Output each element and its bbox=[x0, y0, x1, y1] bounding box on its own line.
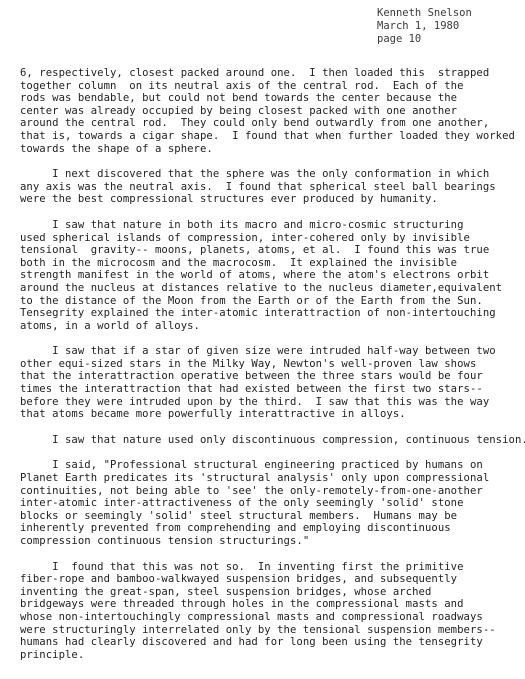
document-date: March 1, 1980 bbox=[377, 20, 472, 33]
text-line: rods was bendable, but could not bend to… bbox=[20, 92, 525, 105]
text-line: inherently prevented from comprehending … bbox=[20, 522, 525, 535]
text-line: to the distance of the Moon from the Ear… bbox=[20, 295, 525, 308]
text-line: 6, respectively, closest packed around o… bbox=[20, 67, 525, 80]
text-line: towards the shape of a sphere. bbox=[20, 143, 525, 156]
text-line: fiber-rope and bamboo-walkwayed suspensi… bbox=[20, 573, 525, 586]
text-line: compression continuous tension structuri… bbox=[20, 535, 525, 548]
text-line: that the interattraction operative betwe… bbox=[20, 370, 525, 383]
text-line: before they were intruded upon by the th… bbox=[20, 396, 525, 409]
text-line: that atoms became more powerfully intera… bbox=[20, 408, 525, 421]
text-line: Tensegrity explained the inter-atomic in… bbox=[20, 307, 525, 320]
paragraph: I next discovered that the sphere was th… bbox=[20, 168, 525, 206]
text-line: other equi-sized stars in the Milky Way,… bbox=[20, 358, 525, 371]
text-line: blocks or seemingly 'solid' steel struct… bbox=[20, 510, 525, 523]
paragraph: I saw that nature used only discontinuou… bbox=[20, 434, 525, 447]
text-line: around the nucleus at distances relative… bbox=[20, 282, 525, 295]
paragraph: 6, respectively, closest packed around o… bbox=[20, 67, 525, 155]
text-line: used spherical islands of compression, i… bbox=[20, 232, 525, 245]
document-body: 6, respectively, closest packed around o… bbox=[20, 67, 525, 674]
text-line: whose non-intertouchingly compressional … bbox=[20, 611, 525, 624]
text-line: humans had clearly discovered and had fo… bbox=[20, 636, 525, 649]
text-line: that is, towards a cigar shape. I found … bbox=[20, 130, 525, 143]
text-line: around the central rod. They could only … bbox=[20, 117, 525, 130]
text-line: were the best compressional structures e… bbox=[20, 193, 525, 206]
text-line: inventing the great-span, steel suspensi… bbox=[20, 586, 525, 599]
text-line: continuities, not being able to 'see' th… bbox=[20, 485, 525, 498]
text-line: Planet Earth predicates its 'structural … bbox=[20, 472, 525, 485]
page-number: page 10 bbox=[377, 33, 472, 46]
page-header: Kenneth Snelson March 1, 1980 page 10 bbox=[377, 7, 472, 46]
text-line: bridgeways were threaded through holes i… bbox=[20, 598, 525, 611]
paragraph: I said, "Professional structural enginee… bbox=[20, 459, 525, 547]
text-line: I saw that if a star of given size were … bbox=[20, 345, 525, 358]
paragraph: I saw that nature in both its macro and … bbox=[20, 219, 525, 332]
text-line: I next discovered that the sphere was th… bbox=[20, 168, 525, 181]
text-line: both in the microcosm and the macrocosm.… bbox=[20, 257, 525, 270]
text-line: center was already occupied by being clo… bbox=[20, 105, 525, 118]
text-line: inter-atomic inter-attractiveness of the… bbox=[20, 497, 525, 510]
text-line: I found that this was not so. In inventi… bbox=[20, 561, 525, 574]
paragraph: I found that this was not so. In inventi… bbox=[20, 561, 525, 662]
text-line: I said, "Professional structural enginee… bbox=[20, 459, 525, 472]
text-line: together column on its neutral axis of t… bbox=[20, 80, 525, 93]
text-line: atoms, in a world of alloys. bbox=[20, 320, 525, 333]
text-line: I saw that nature used only discontinuou… bbox=[20, 434, 525, 447]
author-name: Kenneth Snelson bbox=[377, 7, 472, 20]
text-line: times the interattraction that had exist… bbox=[20, 383, 525, 396]
text-line: any axis was the neutral axis. I found t… bbox=[20, 181, 525, 194]
text-line: principle. bbox=[20, 649, 525, 662]
text-line: were structuringly interrelated only by … bbox=[20, 624, 525, 637]
text-line: strength manifest in the world of atoms,… bbox=[20, 269, 525, 282]
paragraph: I saw that if a star of given size were … bbox=[20, 345, 525, 421]
text-line: tensional gravity-- moons, planets, atom… bbox=[20, 244, 525, 257]
text-line: I saw that nature in both its macro and … bbox=[20, 219, 525, 232]
